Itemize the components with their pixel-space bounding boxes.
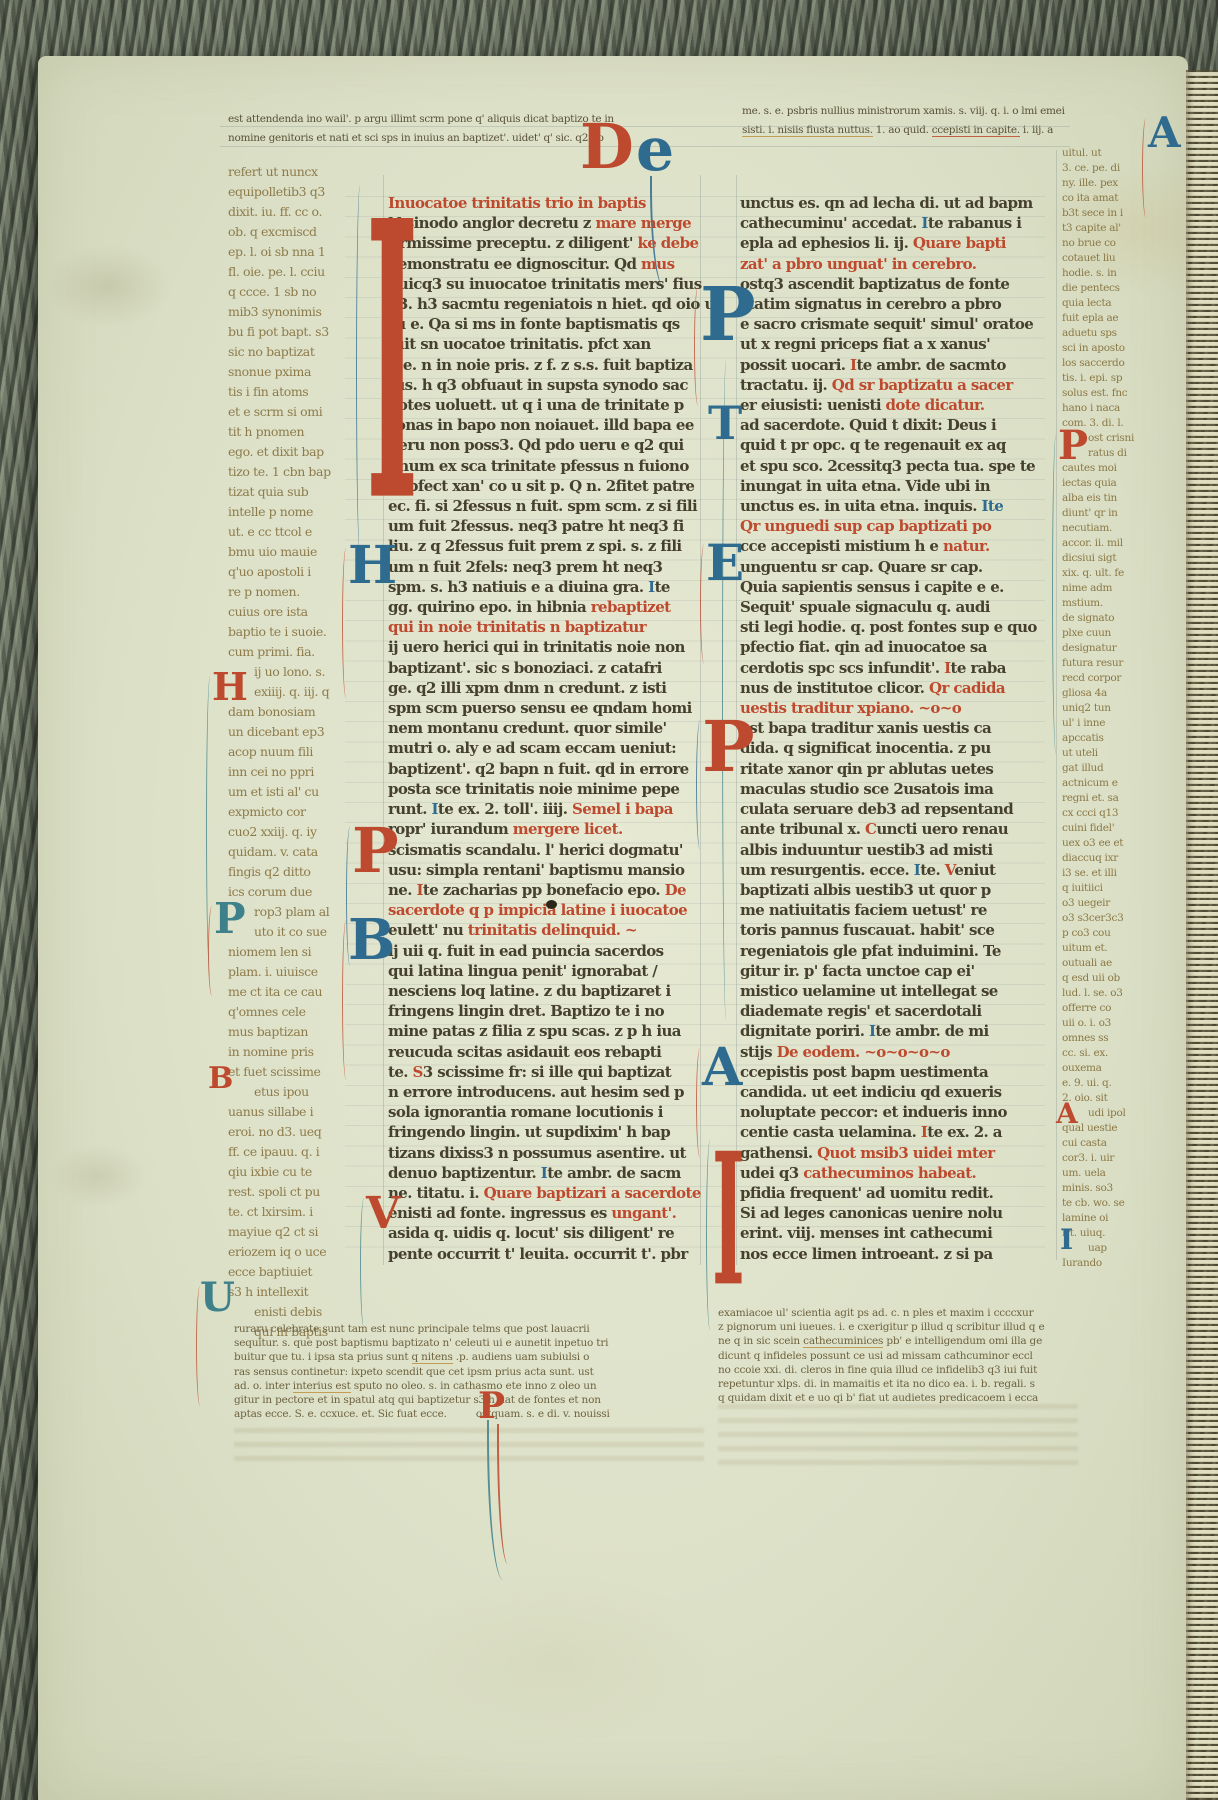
text-line: plam. i. uiuisce — [228, 962, 348, 982]
text-line: gathensi. Quot msib3 uidei mter — [740, 1143, 1042, 1163]
text-line: sisti. i. nisiis fiusta nuttus. 1. ao qu… — [742, 121, 1082, 140]
text-line: unctus es. qn ad lecha di. ut ad bapm — [740, 193, 1042, 213]
text-line: unum ex sca trinitate pfessus n fuiono — [388, 456, 700, 476]
text-line: unctus es. in uita etna. inquis. Ite — [740, 496, 1042, 516]
drop-cap-ter: T — [708, 400, 742, 446]
text-line: ras sensus continetur: ixpeto scendit qu… — [234, 1365, 704, 1379]
text-line: equipolletib3 q3 — [228, 182, 348, 202]
gloss-drop-cap-h: H — [212, 668, 248, 706]
text-line: ostq3 ascendit baptizatus de fonte — [740, 274, 1042, 294]
gloss-drop-cap-audi: A — [1056, 1100, 1078, 1128]
text-line: centie casta uelamina. Ite ex. 2. a — [740, 1122, 1042, 1142]
text-line: p co3 cou — [1062, 926, 1168, 941]
text-line: cc. si. ex. — [1062, 1046, 1168, 1061]
text-line: gat illud — [1062, 761, 1168, 776]
text-line: cathecuminu' accedat. Ite rabanus i — [740, 213, 1042, 233]
right-main-column: unctus es. qn ad lecha di. ut ad bapmcat… — [740, 193, 1042, 1264]
text-line: quid t pr opc. q te regenauit ex aq — [740, 435, 1042, 455]
text-line: apccatis — [1062, 731, 1168, 746]
text-line: ante tribunal x. Cuncti uero renau — [740, 819, 1042, 839]
text-line: culata seruare deb3 ad repsentand — [740, 799, 1042, 819]
text-line: mistico uelamine ut intellegat se — [740, 981, 1042, 1001]
text-line: runt. Ite ex. 2. toll'. iiij. Semel i ba… — [388, 799, 700, 819]
text-line: um resurgentis. ecce. Ite. Veniut — [740, 860, 1042, 880]
drop-cap-beulettr: B — [348, 912, 395, 968]
text-line: cor3. i. uir — [1062, 1151, 1168, 1166]
text-line: z pignorum uni iueues. i. e cxerigitur p… — [718, 1320, 1080, 1334]
left-main-column: Inuocatoe trinitatis trio in baptisN sin… — [388, 193, 700, 1264]
text-line: diaccuq ixr — [1062, 851, 1168, 866]
text-line: reucuda scitas asidauit eos rebapti — [388, 1042, 700, 1062]
text-line: mib3 synonimis — [228, 302, 348, 322]
text-line: enisti ad fonte. ingressus es ungant'. — [388, 1203, 700, 1223]
text-line: nesciens loq latine. z du baptizaret i — [388, 981, 700, 1001]
drop-cap-iudei: I — [712, 1130, 745, 1312]
text-line: necutiam. — [1062, 521, 1168, 536]
text-line: me ct ita ce cau — [228, 982, 348, 1002]
text-line: te. S3 scissime fr: si ille qui baptizat — [388, 1062, 700, 1082]
text-line: fuit sn uocatoe trinitatis. pfct xan — [388, 334, 700, 354]
text-line: ru e. Qa si ms in fonte baptismatis qs — [388, 314, 700, 334]
text-line: accor. ii. mil — [1062, 536, 1168, 551]
show-through-text — [718, 1404, 1078, 1470]
text-line: ad sacerdote. Quid t dixit: Deus i — [740, 415, 1042, 435]
text-line: un dicebant ep3 — [228, 722, 348, 742]
text-line: tit h pnomen — [228, 422, 348, 442]
text-line: ouxema — [1062, 1061, 1168, 1076]
text-line: ny. ille. pex — [1062, 176, 1168, 191]
text-line: lamine oi — [1062, 1211, 1168, 1226]
text-line: niomem len si — [228, 942, 348, 962]
text-line: spm. s. h3 natiuis e a diuina gra. Ite — [388, 577, 700, 597]
text-line: o3 uegeir — [1062, 896, 1168, 911]
text-line: ut. e cc ttcol e — [228, 522, 348, 542]
drop-cap-ecce: E — [706, 538, 744, 588]
drop-cap-venisti: V — [366, 1192, 400, 1236]
text-line: aptas ecce. S. e. ccxuce. et. Sic fuat e… — [234, 1407, 704, 1421]
text-line: mine patas z filia z spu scas. z p h iua — [388, 1021, 700, 1041]
text-line: tis. i. epi. sp — [1062, 371, 1168, 386]
text-line: me. s. e. psbris nullius ministrorum xam… — [742, 102, 1082, 121]
drop-cap-postquam-bottom: P — [478, 1388, 505, 1424]
text-line: in pfect xan' co u sit p. Q n. 2fitet pa… — [388, 476, 700, 496]
text-line: repetuntur xlps. di. in mamaitis et ita … — [718, 1377, 1080, 1391]
left-gloss-column: refert ut nuncxequipolletib3 q3dixit. iu… — [228, 162, 348, 1342]
text-line: Si ad leges canonicas uenire nolu — [740, 1203, 1042, 1223]
text-line: ff. ce ipauu. q. i — [228, 1142, 348, 1162]
text-line: rop3 plam al — [228, 902, 348, 922]
text-line: uitul. ut — [1062, 146, 1168, 161]
text-line: refert ut nuncx — [228, 162, 348, 182]
text-line: cuius ore ista — [228, 602, 348, 622]
text-line: los saccerdo — [1062, 356, 1168, 371]
text-line: plxe cuun — [1062, 626, 1168, 641]
text-line: buitur que tu. i ipsa sta prius sunt q n… — [234, 1350, 704, 1364]
text-line: tizans dixiss3 n possumus asentire. ut — [388, 1143, 700, 1163]
text-line: uestis traditur xpiano. ~o~o — [740, 698, 1042, 718]
text-line: erint. viij. menses int cathecumi — [740, 1223, 1042, 1243]
gloss-drop-cap-p: P — [214, 898, 246, 940]
next-folio-edge — [1186, 70, 1218, 1800]
text-line: candida. ut eet indiciu qd exueris — [740, 1082, 1042, 1102]
text-line: Sequit' spuale signaculu q. audi — [740, 597, 1042, 617]
text-line: alba eis tin — [1062, 491, 1168, 506]
text-line: uitum et. — [1062, 941, 1168, 956]
text-line: ne q in sic scein cathecuminices pb' e i… — [718, 1334, 1080, 1348]
text-line: ecce baptiuiet — [228, 1262, 348, 1282]
text-line: et fuet scissime — [228, 1062, 348, 1082]
text-line: stijs De eodem. ~o~o~o~o — [740, 1042, 1042, 1062]
text-line: uanus sillabe i — [228, 1102, 348, 1122]
text-line: posta sce trinitatis noie minime pepe — [388, 779, 700, 799]
text-line: no brue co — [1062, 236, 1168, 251]
text-line: ne. titatu. i. Quare baptizari a sacerdo… — [388, 1183, 700, 1203]
text-line: ruraru celebrate sunt tam est nunc princ… — [234, 1322, 704, 1336]
text-line: q'omnes cele — [228, 1002, 348, 1022]
text-line: fingis q2 ditto — [228, 862, 348, 882]
text-line: pente occurrit t' leuita. occurrit t'. p… — [388, 1244, 700, 1264]
text-line: gitur ir. p' facta unctoe cap ei' — [740, 961, 1042, 981]
drop-cap-postquam-ascendit: P — [700, 278, 756, 352]
running-title-letter-e: e — [636, 120, 674, 180]
text-line: qui latina lingua penit' ignorabat / — [388, 961, 700, 981]
text-line: ut uteli — [1062, 746, 1168, 761]
text-line: unguentu sr cap. Quare sr cap. — [740, 557, 1042, 577]
text-line: ul' i inne — [1062, 716, 1168, 731]
text-line: te. ct lxirsim. i — [228, 1202, 348, 1222]
text-line: regni et. sa — [1062, 791, 1168, 806]
text-line: dotes uoluett. ut q i una de trinitate p — [388, 395, 700, 415]
text-line: um fuit 2fessus. neq3 patre ht neq3 fi — [388, 516, 700, 536]
text-line: regeniatois gle pfat induimini. Te — [740, 941, 1042, 961]
text-line: cui casta — [1062, 1136, 1168, 1151]
text-line: b3. h3 sacmtu regeniatois n hiet. qd oio… — [388, 294, 700, 314]
text-line: et spu sco. 2cessitq3 pecta tua. spe te — [740, 456, 1042, 476]
text-line: q'uo apostoli i — [228, 562, 348, 582]
text-line: omnes ss — [1062, 1031, 1168, 1046]
text-line: mutri o. aly e ad scam eccam ueniut: — [388, 738, 700, 758]
text-line: intelle p nome — [228, 502, 348, 522]
text-line: quidam. v. cata — [228, 842, 348, 862]
text-line: examiacoe ul' scientia agit ps ad. c. n … — [718, 1306, 1080, 1320]
text-line: inungat in uita etna. Vide ubi in — [740, 476, 1042, 496]
text-line: uii o. i. o3 — [1062, 1016, 1168, 1031]
text-line: aduetu sps — [1062, 326, 1168, 341]
text-line: ueru non poss3. Qd pdo ueru e q2 qui — [388, 435, 700, 455]
text-line: etus ipou — [228, 1082, 348, 1102]
text-line: ij uero herici qui in trinitatis noie no… — [388, 637, 700, 657]
text-line: sacerdote q p impicia latine i iuocatoe — [388, 900, 700, 920]
text-line: bmu uio mauie — [228, 542, 348, 562]
text-line: ropr' iurandum mergere licet. — [388, 819, 700, 839]
show-through-text — [234, 1428, 704, 1462]
text-line: eroi. no d3. ueq — [228, 1122, 348, 1142]
text-line: fl. oie. pe. l. cciu — [228, 262, 348, 282]
text-line: qui in noie trinitatis n baptizatur — [388, 617, 700, 637]
text-line: co ita amat — [1062, 191, 1168, 206]
text-line: cuini fidel' — [1062, 821, 1168, 836]
text-line: mstium. — [1062, 596, 1168, 611]
text-line: i3 se. et illi — [1062, 866, 1168, 881]
text-line: pfectio fiat. qin ad inuocatoe sa — [740, 637, 1042, 657]
text-line: iectas quia — [1062, 476, 1168, 491]
text-line: 3. ce. pe. di — [1062, 161, 1168, 176]
text-line: uex o3 ee et — [1062, 836, 1168, 851]
text-line: snonue pxima — [228, 362, 348, 382]
text-line: nime adm — [1062, 581, 1168, 596]
text-line: albis induuntur uestib3 ad misti — [740, 840, 1042, 860]
text-line: zat' a pbro unguat' in cerebro. — [740, 254, 1042, 274]
text-line: firmissime preceptu. z diligent' ke debe — [388, 233, 700, 253]
text-line: sti legi hodie. q. post fontes sup e quo — [740, 617, 1042, 637]
text-line: Qr unguedi sup cap baptizati po — [740, 516, 1042, 536]
text-line: q esd uii ob — [1062, 971, 1168, 986]
text-line: acop nuum fili — [228, 742, 348, 762]
text-line: uto it co sue — [228, 922, 348, 942]
top-marginal-note-right: me. s. e. psbris nullius ministrorum xam… — [742, 102, 1082, 140]
column-guide-line — [1056, 150, 1057, 1260]
text-line: demonstratu ee dignoscitur. Qd mus — [388, 254, 700, 274]
text-line: eriozem iq o uce — [228, 1242, 348, 1262]
text-line: xix. q. ult. fe — [1062, 566, 1168, 581]
text-line: fringendo lingin. ut supdixim' h bap — [388, 1122, 700, 1142]
text-line: ritate xanor qin pr ablutas uetes — [740, 759, 1042, 779]
bottom-left-gloss-block: ruraru celebrate sunt tam est nunc princ… — [234, 1322, 704, 1421]
text-line: fuit epla ae — [1062, 311, 1168, 326]
text-line: baptio te i suoie. — [228, 622, 348, 642]
text-line: usu: simpla rentani' baptismu mansio — [388, 860, 700, 880]
text-line: futura resur — [1062, 656, 1168, 671]
text-line: et e scrm si omi — [228, 402, 348, 422]
text-line: liu. z q 2fessus fuit prem z spi. s. z f… — [388, 536, 700, 556]
text-line: noluptate peccor: et indueris inno — [740, 1102, 1042, 1122]
text-line: me natiuitatis faciem uetust' re — [740, 900, 1042, 920]
text-line: udei q3 cathecuminos habeat. — [740, 1163, 1042, 1183]
text-line: hodie. s. in — [1062, 266, 1168, 281]
text-line: bu fi pot bapt. s3 — [228, 322, 348, 342]
text-line: pfidia frequent' ad uomitu redit. — [740, 1183, 1042, 1203]
text-line: cx ccci q13 — [1062, 806, 1168, 821]
text-line: fringens lingin dret. Baptizo te i no — [388, 1001, 700, 1021]
text-line: nem montanu credunt. quor simile' — [388, 718, 700, 738]
text-line: ij uii q. fuit in ead puincia sacerdos — [388, 941, 700, 961]
drop-cap-propter: P — [352, 820, 399, 882]
gloss-drop-cap-post: P — [1058, 426, 1088, 466]
text-line: q iuitiici — [1062, 881, 1168, 896]
text-line: um et isti al' cu — [228, 782, 348, 802]
gloss-drop-cap-i: I — [1060, 1226, 1073, 1254]
manuscript-photo: { "header": { "running_title_d": "D", "r… — [0, 0, 1218, 1800]
text-line: die pentecs — [1062, 281, 1168, 296]
text-line: actnicum e — [1062, 776, 1168, 791]
drop-cap-post-bapa: P — [702, 712, 755, 782]
text-line: sci in aposto — [1062, 341, 1168, 356]
text-line: possit uocari. Ite ambr. de sacmto — [740, 355, 1042, 375]
text-line: baptizant'. sic s bonoziaci. z catafri — [388, 658, 700, 678]
text-line: rest. spoli ct pu — [228, 1182, 348, 1202]
text-line: minis. so3 — [1062, 1181, 1168, 1196]
text-line: sonas in bapo non noiauet. illd bapa ee — [388, 415, 700, 435]
text-line: quia lecta — [1062, 296, 1168, 311]
gloss-drop-cap-b: B — [208, 1064, 233, 1094]
bottom-right-gloss-block: examiacoe ul' scientia agit ps ad. c. n … — [718, 1306, 1080, 1405]
text-line: uniq2 tun — [1062, 701, 1168, 716]
text-line: tus. h q3 obfuaut in supsta synodo sac — [388, 375, 700, 395]
text-line: qiu ixbie cu te — [228, 1162, 348, 1182]
text-line: ob. q excmiscd — [228, 222, 348, 242]
text-line: ne. Ite zacharias pp bonefacio epo. De — [388, 880, 700, 900]
text-line: ge. q2 illi xpm dnm n credunt. z isti — [388, 678, 700, 698]
text-line: ep. l. oi sb nna 1 — [228, 242, 348, 262]
text-line: Iurando — [1062, 1256, 1168, 1271]
drop-cap-accepistis: A — [702, 1042, 742, 1094]
text-line: inn cei no ppri — [228, 762, 348, 782]
text-line: cuo2 xxiij. q. iy — [228, 822, 348, 842]
text-line: cerdotis spc scs infundit'. Ite raba — [740, 658, 1042, 678]
text-line: ost bapa traditur xanis uestis ca — [740, 718, 1042, 738]
text-line: cum primi. fia. — [228, 642, 348, 662]
text-line: denuo baptizentur. Ite ambr. de sacm — [388, 1163, 700, 1183]
ink-blot — [546, 900, 557, 909]
text-line: tizo te. 1 cbn bap — [228, 462, 348, 482]
text-line: q ccce. 1 sb no — [228, 282, 348, 302]
text-line: mayiue q2 ct si — [228, 1222, 348, 1242]
text-line: te cb. wo. se — [1062, 1196, 1168, 1211]
text-line: scismatis scandalu. l' herici dogmatu' — [388, 840, 700, 860]
text-line: dida. q significat inocentia. z pu — [740, 738, 1042, 758]
text-line: maculas studio sce 2usatois ima — [740, 779, 1042, 799]
text-line: expmicto cor — [228, 802, 348, 822]
text-line: baptizent'. q2 bapn n fuit. qd in errore — [388, 759, 700, 779]
text-line: dicunt q infideles possunt ce usi ad mis… — [718, 1349, 1080, 1363]
text-line: tis i fin atoms — [228, 382, 348, 402]
text-line: nus de institutoe clicor. Qr cadida — [740, 678, 1042, 698]
text-line: dicsiui sigt — [1062, 551, 1168, 566]
text-line: nos ecce limen introeant. z si pa — [740, 1244, 1042, 1264]
text-line: eulett' nu trinitatis delinquid. ~ — [388, 920, 700, 940]
text-line: spm scm puerso sensu ee qndam homi — [388, 698, 700, 718]
text-line: ut x regni priceps fiat a x xanus' — [740, 334, 1042, 354]
text-line: ego. et dixit bap — [228, 442, 348, 462]
text-line: o3 s3cer3c3 — [1062, 911, 1168, 926]
text-line: baptizati albis uestib3 ut quor p — [740, 880, 1042, 900]
text-line: epla ad ephesios li. ij. Quare bapti — [740, 233, 1042, 253]
text-line: ics corum due — [228, 882, 348, 902]
text-line: e sacro crismate sequit' simul' oratoe — [740, 314, 1042, 334]
text-line: gitur in pectore et in spatul atq qui ba… — [234, 1393, 704, 1407]
text-line: no ccoie xxi. di. cleros in fine quia il… — [718, 1363, 1080, 1377]
text-line: enisti debis — [228, 1302, 348, 1322]
text-line: b3t sece in i — [1062, 206, 1168, 221]
text-line: recd corpor — [1062, 671, 1168, 686]
text-line: offerre co — [1062, 1001, 1168, 1016]
text-line: gg. quirino epo. in hibnia rebaptizet — [388, 597, 700, 617]
text-line: in nomine pris — [228, 1042, 348, 1062]
text-line: re p nomen. — [228, 582, 348, 602]
text-line: lud. l. se. o3 — [1062, 986, 1168, 1001]
text-line: uap — [1062, 1241, 1168, 1256]
text-line: e. 9. ui. q. — [1062, 1076, 1168, 1091]
text-line: statim signatus in cerebro a pbro — [740, 294, 1042, 314]
text-line: dixit. iu. ff. cc o. — [228, 202, 348, 222]
drop-cap-hij: H — [348, 540, 397, 592]
drop-cap-in-sinodo-I: I — [366, 176, 418, 557]
text-line: um. uela — [1062, 1166, 1168, 1181]
text-line: N sinodo anglor decretu z mare merge — [388, 213, 700, 233]
text-line: ec. fi. si 2fessus n fuit. spm scm. z si… — [388, 496, 700, 516]
text-line: sic no baptizat — [228, 342, 348, 362]
text-line: tizat quia sub — [228, 482, 348, 502]
text-line: s3 h intellexit — [228, 1282, 348, 1302]
text-line: Inuocatoe trinitatis trio in baptis — [388, 193, 700, 213]
text-line: er eiusisti: uenisti dote dicatur. — [740, 395, 1042, 415]
text-line: asida q. uidis q. locut' sis diligent' r… — [388, 1223, 700, 1243]
text-line: Quia sapientis sensus i capite e e. — [740, 577, 1042, 597]
text-line: quicq3 su inuocatoe trinitatis mers' fiu… — [388, 274, 700, 294]
text-line: outuali ae — [1062, 956, 1168, 971]
text-line: gliosa 4a — [1062, 686, 1168, 701]
text-line: mus baptizan — [228, 1022, 348, 1042]
text-line: cce accepisti mistium h e natur. — [740, 536, 1042, 556]
text-line: hano i naca — [1062, 401, 1168, 416]
gloss-drop-cap-u: U — [200, 1278, 235, 1318]
text-line: sola ignorantia romane locutionis i — [388, 1102, 700, 1122]
text-line: designatur — [1062, 641, 1168, 656]
text-line: ad. o. inter interius est sputo no oleo.… — [234, 1379, 704, 1393]
text-line: dignitate poriri. Ite ambr. de mi — [740, 1021, 1042, 1041]
text-line: toris pannus fuscauat. habit' sce — [740, 920, 1042, 940]
text-line: diademate regis' et sacerdotali — [740, 1001, 1042, 1021]
text-line: de signato — [1062, 611, 1168, 626]
running-title-letter-d: D — [580, 116, 634, 178]
text-line: n e. n in noie pris. z f. z s.s. fuit ba… — [388, 355, 700, 375]
text-line: irt. uiuq. — [1062, 1226, 1168, 1241]
text-line: cotauet liu — [1062, 251, 1168, 266]
text-line: solus est. fnc — [1062, 386, 1168, 401]
text-line: um n fuit 2fels: neq3 prem ht neq3 — [388, 557, 700, 577]
text-line: t3 capite al' — [1062, 221, 1168, 236]
text-line: ccepistis post bapm uestimenta — [740, 1062, 1042, 1082]
text-line: tractatu. ij. Qd sr baptizatu a sacer — [740, 375, 1042, 395]
text-line: diunt' qr in — [1062, 506, 1168, 521]
text-line: sequitur. s. que post baptismu baptizato… — [234, 1336, 704, 1350]
text-line: n errore introducens. aut hesim sed p — [388, 1082, 700, 1102]
